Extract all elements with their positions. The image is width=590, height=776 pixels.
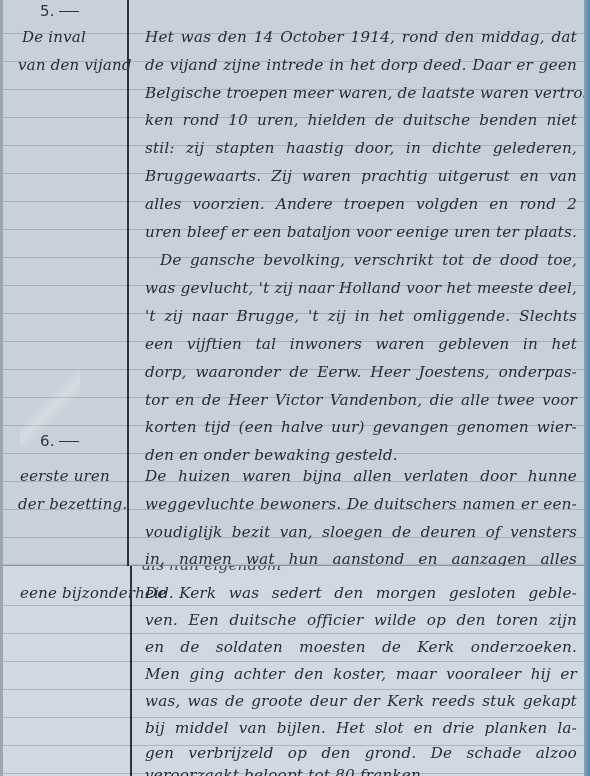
section-5-line: een vijftien tal inwoners waren gebleven… (145, 335, 577, 353)
section-7-line: was, was de groote deur der Kerk reeds s… (145, 692, 577, 710)
section-number-text: 5. (40, 2, 55, 20)
section-6-number: 6. (40, 432, 79, 450)
section-5-line: was gevlucht, 't zij naar Holland voor h… (145, 279, 577, 297)
section-7-line: Men ging achter den koster, maar voorale… (145, 665, 577, 683)
page-fragment-top: 5. De inval van den vijand Het was den 1… (0, 0, 590, 566)
section-5-line: dorp, waaronder de Eerw. Heer Joestens, … (145, 363, 577, 381)
section-5-line: uren bleef er een bataljon voor eenige u… (145, 223, 577, 241)
margin-rule (127, 0, 129, 566)
section-5-line: Het was den 14 October 1914, rond den mi… (145, 28, 577, 46)
section-5-line: den en onder bewaking gesteld. (145, 446, 577, 464)
page-left-edge (0, 0, 3, 776)
section-5-line: 't zij naar Brugge, 't zij in het omligg… (145, 307, 577, 325)
page-fragment-bottom: als hun eigendom eene bijzonderheid. De … (0, 566, 590, 776)
binder-edge (584, 0, 590, 776)
section-6-heading-line-2: der bezetting. (18, 495, 127, 513)
section-6-line: in, namen wat hun aanstond en aanzagen a… (145, 550, 577, 566)
section-6-line: voudiglijk bezit van, sloegen de deuren … (145, 523, 577, 541)
section-5-heading-line-1: De inval (22, 28, 86, 46)
section-6-line: weggevluchte bewoners. De duitschers nam… (145, 495, 577, 513)
section-5-line: de vijand zijne intrede in het dorp deed… (145, 56, 577, 74)
section-5-line: stil: zij stapten haastig door, in dicht… (145, 139, 577, 157)
section-7-line: gen verbrijzeld op den grond. De schade … (145, 744, 577, 762)
section-5-line: ken rond 10 uren, hielden de duitsche be… (145, 111, 577, 129)
number-dash (59, 441, 79, 442)
section-6-heading-line-1: eerste uren (20, 467, 110, 485)
section-6-line: als hun eigendom (142, 566, 574, 574)
section-7-line: ven. Een duitsche officier wilde op den … (145, 611, 577, 629)
section-5-line: Bruggewaarts. Zij waren prachtig uitgeru… (145, 167, 577, 185)
section-number-text: 6. (40, 432, 55, 450)
section-7-line: De Kerk was sedert den morgen gesloten g… (145, 584, 577, 602)
section-5-line: Belgische troepen meer waren, de laatste… (145, 84, 577, 102)
section-5-number: 5. (40, 2, 79, 20)
section-6-line: De huizen waren bijna allen verlaten doo… (145, 467, 577, 485)
section-5-heading-line-2: van den vijand (18, 56, 132, 74)
section-7-line: bij middel van bijlen. Het slot en drie … (145, 719, 577, 737)
section-5-line: tor en de Heer Victor Vandenbon, die all… (145, 391, 577, 409)
section-5-line: korten tijd (een halve uur) gevangen gen… (145, 418, 577, 436)
number-dash (59, 11, 79, 12)
section-5-line: alles voorzien. Andere troepen volgden e… (145, 195, 577, 213)
section-7-line: en de soldaten moesten de Kerk onderzoek… (145, 638, 577, 656)
section-7-line: veroorzaakt beloopt tot 80 franken. (145, 766, 445, 776)
section-5-line: De gansche bevolking, verschrikt tot de … (160, 251, 577, 269)
